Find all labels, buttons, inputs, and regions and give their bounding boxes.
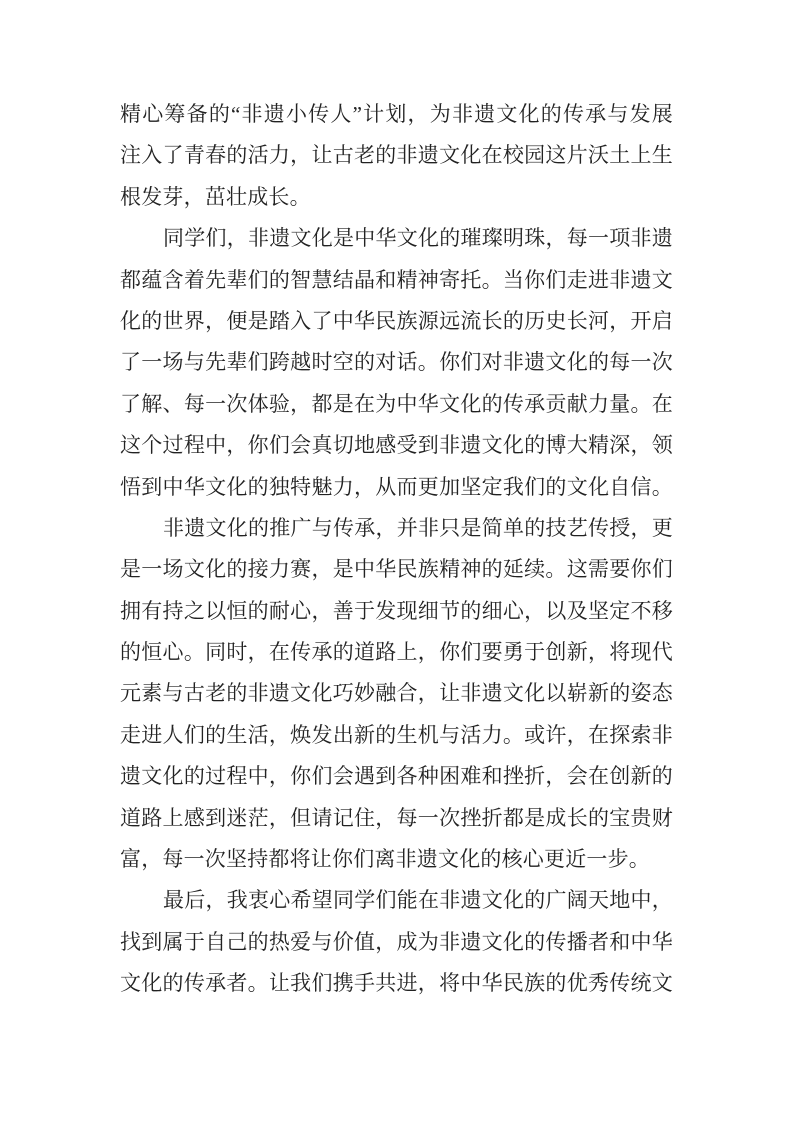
document-line: 悟到中华文化的独特魅力，从而更加坚定我们的文化自信。 [120, 467, 673, 508]
document-line: 根发芽，茁壮成长。 [120, 177, 673, 218]
paragraph: 同学们，非遗文化是中华文化的璀璨明珠，每一项非遗 都蕴含着先辈们的智慧结晶和精神… [120, 218, 673, 508]
document-line: 非遗文化的推广与传承，并非只是简单的技艺传授，更 [120, 508, 673, 549]
document-line: 同学们，非遗文化是中华文化的璀璨明珠，每一项非遗 [120, 218, 673, 259]
document-line: 拥有持之以恒的耐心，善于发现细节的细心，以及坚定不移 [120, 591, 673, 632]
document-line: 找到属于自己的热爱与价值，成为非遗文化的传播者和中华 [120, 922, 673, 963]
document-line: 都蕴含着先辈们的智慧结晶和精神寄托。当你们走进非遗文 [120, 260, 673, 301]
document-line: 注入了青春的活力，让古老的非遗文化在校园这片沃土上生 [120, 135, 673, 176]
document-line: 最后，我衷心希望同学们能在非遗文化的广阔天地中， [120, 880, 673, 921]
document-page: 精心筹备的“非遗小传人”计划，为非遗文化的传承与发展 注入了青春的活力，让古老的… [0, 0, 793, 1122]
document-line: 元素与古老的非遗文化巧妙融合，让非遗文化以崭新的姿态 [120, 673, 673, 714]
document-line: 的恒心。同时，在传承的道路上，你们要勇于创新，将现代 [120, 632, 673, 673]
document-line: 遗文化的过程中，你们会遇到各种困难和挫折，会在创新的 [120, 756, 673, 797]
document-line: 了一场与先辈们跨越时空的对话。你们对非遗文化的每一次 [120, 342, 673, 383]
document-line: 道路上感到迷茫，但请记住，每一次挫折都是成长的宝贵财 [120, 798, 673, 839]
document-line: 文化的传承者。让我们携手共进，将中华民族的优秀传统文 [120, 963, 673, 1004]
document-text-block: 精心筹备的“非遗小传人”计划，为非遗文化的传承与发展 注入了青春的活力，让古老的… [120, 94, 673, 1005]
paragraph: 最后，我衷心希望同学们能在非遗文化的广阔天地中， 找到属于自己的热爱与价值，成为… [120, 880, 673, 1004]
document-line: 是一场文化的接力赛，是中华民族精神的延续。这需要你们 [120, 549, 673, 590]
paragraph: 精心筹备的“非遗小传人”计划，为非遗文化的传承与发展 注入了青春的活力，让古老的… [120, 94, 673, 218]
document-line: 富，每一次坚持都将让你们离非遗文化的核心更近一步。 [120, 839, 673, 880]
document-line: 化的世界，便是踏入了中华民族源远流长的历史长河，开启 [120, 301, 673, 342]
document-line: 走进人们的生活，焕发出新的生机与活力。或许，在探索非 [120, 715, 673, 756]
document-line: 精心筹备的“非遗小传人”计划，为非遗文化的传承与发展 [120, 94, 673, 135]
document-line: 这个过程中，你们会真切地感受到非遗文化的博大精深，领 [120, 425, 673, 466]
document-line: 了解、每一次体验，都是在为中华文化的传承贡献力量。在 [120, 384, 673, 425]
paragraph: 非遗文化的推广与传承，并非只是简单的技艺传授，更 是一场文化的接力赛，是中华民族… [120, 508, 673, 881]
